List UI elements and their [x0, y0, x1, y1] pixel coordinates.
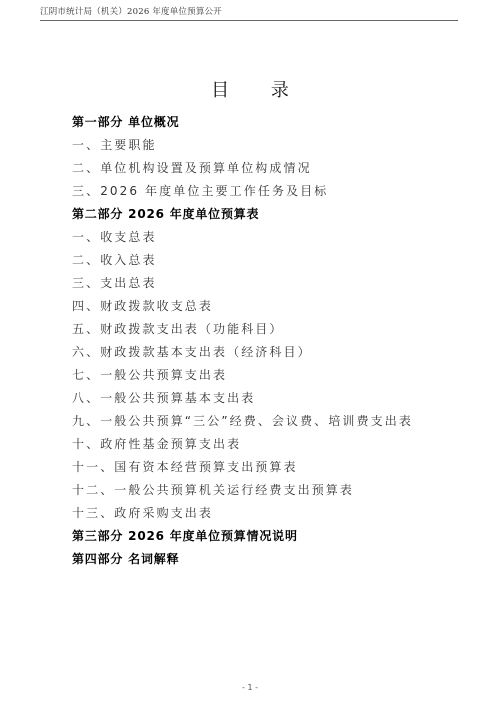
header-title: 江阴市统计局（机关）2026 年度单位预算公开 — [40, 6, 458, 18]
toc-part-3[interactable]: 第三部分 2026 年度单位预算情况说明 — [72, 525, 452, 548]
page-header: 江阴市统计局（机关）2026 年度单位预算公开 — [40, 6, 458, 21]
toc-item[interactable]: 一、主要职能 — [72, 134, 452, 157]
toc-item[interactable]: 三、支出总表 — [72, 272, 452, 295]
toc-title: 目 录 — [0, 76, 500, 102]
toc-item[interactable]: 一、收支总表 — [72, 226, 452, 249]
toc-item[interactable]: 二、收入总表 — [72, 249, 452, 272]
toc-item[interactable]: 十三、政府采购支出表 — [72, 502, 452, 525]
toc-item[interactable]: 十、政府性基金预算支出表 — [72, 433, 452, 456]
toc-item[interactable]: 六、财政拨款基本支出表（经济科目） — [72, 341, 452, 364]
toc-item[interactable]: 十一、国有资本经营预算支出预算表 — [72, 456, 452, 479]
toc-item[interactable]: 五、财政拨款支出表（功能科目） — [72, 318, 452, 341]
toc-part-2[interactable]: 第二部分 2026 年度单位预算表 — [72, 203, 452, 226]
toc-item[interactable]: 三、2026 年度单位主要工作任务及目标 — [72, 180, 452, 203]
toc-part-4[interactable]: 第四部分 名词解释 — [72, 548, 452, 571]
toc-item[interactable]: 九、一般公共预算“三公”经费、会议费、培训费支出表 — [72, 410, 452, 433]
toc-item[interactable]: 七、一般公共预算支出表 — [72, 364, 452, 387]
toc-item[interactable]: 二、单位机构设置及预算单位构成情况 — [72, 157, 452, 180]
toc-item[interactable]: 四、财政拨款收支总表 — [72, 295, 452, 318]
toc-part-1[interactable]: 第一部分 单位概况 — [72, 111, 452, 134]
table-of-contents: 第一部分 单位概况 一、主要职能 二、单位机构设置及预算单位构成情况 三、202… — [72, 111, 452, 571]
page-number: - 1 - — [0, 683, 500, 692]
toc-item[interactable]: 八、一般公共预算基本支出表 — [72, 387, 452, 410]
toc-item[interactable]: 十二、一般公共预算机关运行经费支出预算表 — [72, 479, 452, 502]
